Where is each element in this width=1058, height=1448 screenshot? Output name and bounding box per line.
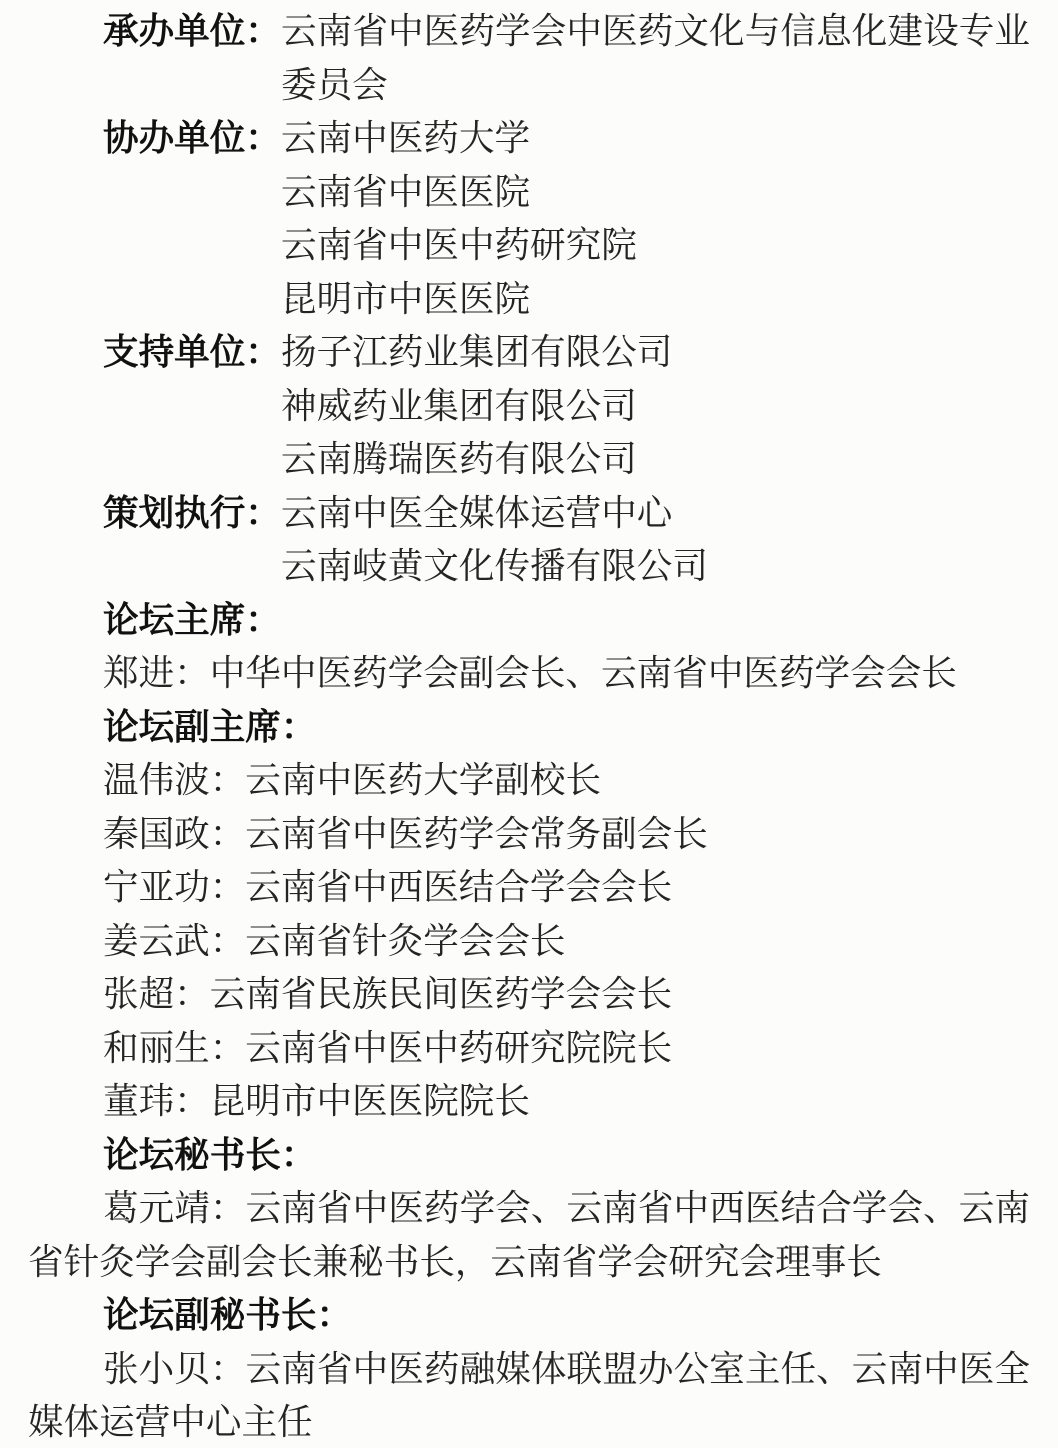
person-entry: 张小贝：云南省中医药融媒体联盟办公室主任、云南中医全媒体运营中心主任 <box>28 1343 1030 1448</box>
section-heading-vice-chairman: 论坛副主席： <box>103 701 1030 755</box>
person-entry: 郑进：中华中医药学会副会长、云南省中医药学会会长 <box>28 647 1030 701</box>
person-entry: 董玮：昆明市中医医院院长 <box>28 1075 1030 1129</box>
document-page: 承办单位： 云南省中医药学会中医药文化与信息化建设专业委员会 协办单位： 云南中… <box>28 5 1030 1448</box>
unit-item: 云南省中医中药研究院 <box>281 219 1030 273</box>
person-entry: 秦国政：云南省中医药学会常务副会长 <box>28 808 1030 862</box>
section-heading-deputy-secretary-general: 论坛副秘书长： <box>103 1289 1030 1343</box>
unit-items-planner: 云南中医全媒体运营中心 云南岐黄文化传播有限公司 <box>281 487 1030 594</box>
unit-section-supporter: 支持单位： 扬子江药业集团有限公司 神威药业集团有限公司 云南腾瑞医药有限公司 <box>28 326 1030 487</box>
unit-item: 扬子江药业集团有限公司 <box>281 326 1030 380</box>
unit-label-coorganizer: 协办单位： <box>103 112 281 166</box>
unit-item: 云南省中医医院 <box>281 166 1030 220</box>
unit-item: 云南岐黄文化传播有限公司 <box>281 540 1030 594</box>
unit-items-coorganizer: 云南中医药大学 云南省中医医院 云南省中医中药研究院 昆明市中医医院 <box>281 112 1030 326</box>
person-entry: 和丽生：云南省中医中药研究院院长 <box>28 1022 1030 1076</box>
unit-section-coorganizer: 协办单位： 云南中医药大学 云南省中医医院 云南省中医中药研究院 昆明市中医医院 <box>28 112 1030 326</box>
unit-item: 云南腾瑞医药有限公司 <box>281 433 1030 487</box>
unit-section-organizer: 承办单位： 云南省中医药学会中医药文化与信息化建设专业委员会 <box>28 5 1030 112</box>
unit-item: 神威药业集团有限公司 <box>281 380 1030 434</box>
person-entry: 温伟波：云南中医药大学副校长 <box>28 754 1030 808</box>
section-heading-chairman: 论坛主席： <box>103 594 1030 648</box>
unit-label-planner: 策划执行： <box>103 487 281 541</box>
unit-item: 云南中医药大学 <box>281 112 1030 166</box>
section-heading-secretary-general: 论坛秘书长： <box>103 1129 1030 1183</box>
unit-items-organizer: 云南省中医药学会中医药文化与信息化建设专业委员会 <box>281 5 1030 112</box>
person-entry: 宁亚功：云南省中西医结合学会会长 <box>28 861 1030 915</box>
unit-item: 云南省中医药学会中医药文化与信息化建设专业委员会 <box>281 5 1030 112</box>
person-entry: 姜云武：云南省针灸学会会长 <box>28 915 1030 969</box>
unit-item: 昆明市中医医院 <box>281 273 1030 327</box>
unit-items-supporter: 扬子江药业集团有限公司 神威药业集团有限公司 云南腾瑞医药有限公司 <box>281 326 1030 487</box>
person-entry: 张超：云南省民族民间医药学会会长 <box>28 968 1030 1022</box>
unit-item: 云南中医全媒体运营中心 <box>281 487 1030 541</box>
unit-label-organizer: 承办单位： <box>103 5 281 59</box>
unit-label-supporter: 支持单位： <box>103 326 281 380</box>
person-entry: 葛元靖：云南省中医药学会、云南省中西医结合学会、云南省针灸学会副会长兼秘书长，云… <box>28 1182 1030 1289</box>
unit-section-planner: 策划执行： 云南中医全媒体运营中心 云南岐黄文化传播有限公司 <box>28 487 1030 594</box>
